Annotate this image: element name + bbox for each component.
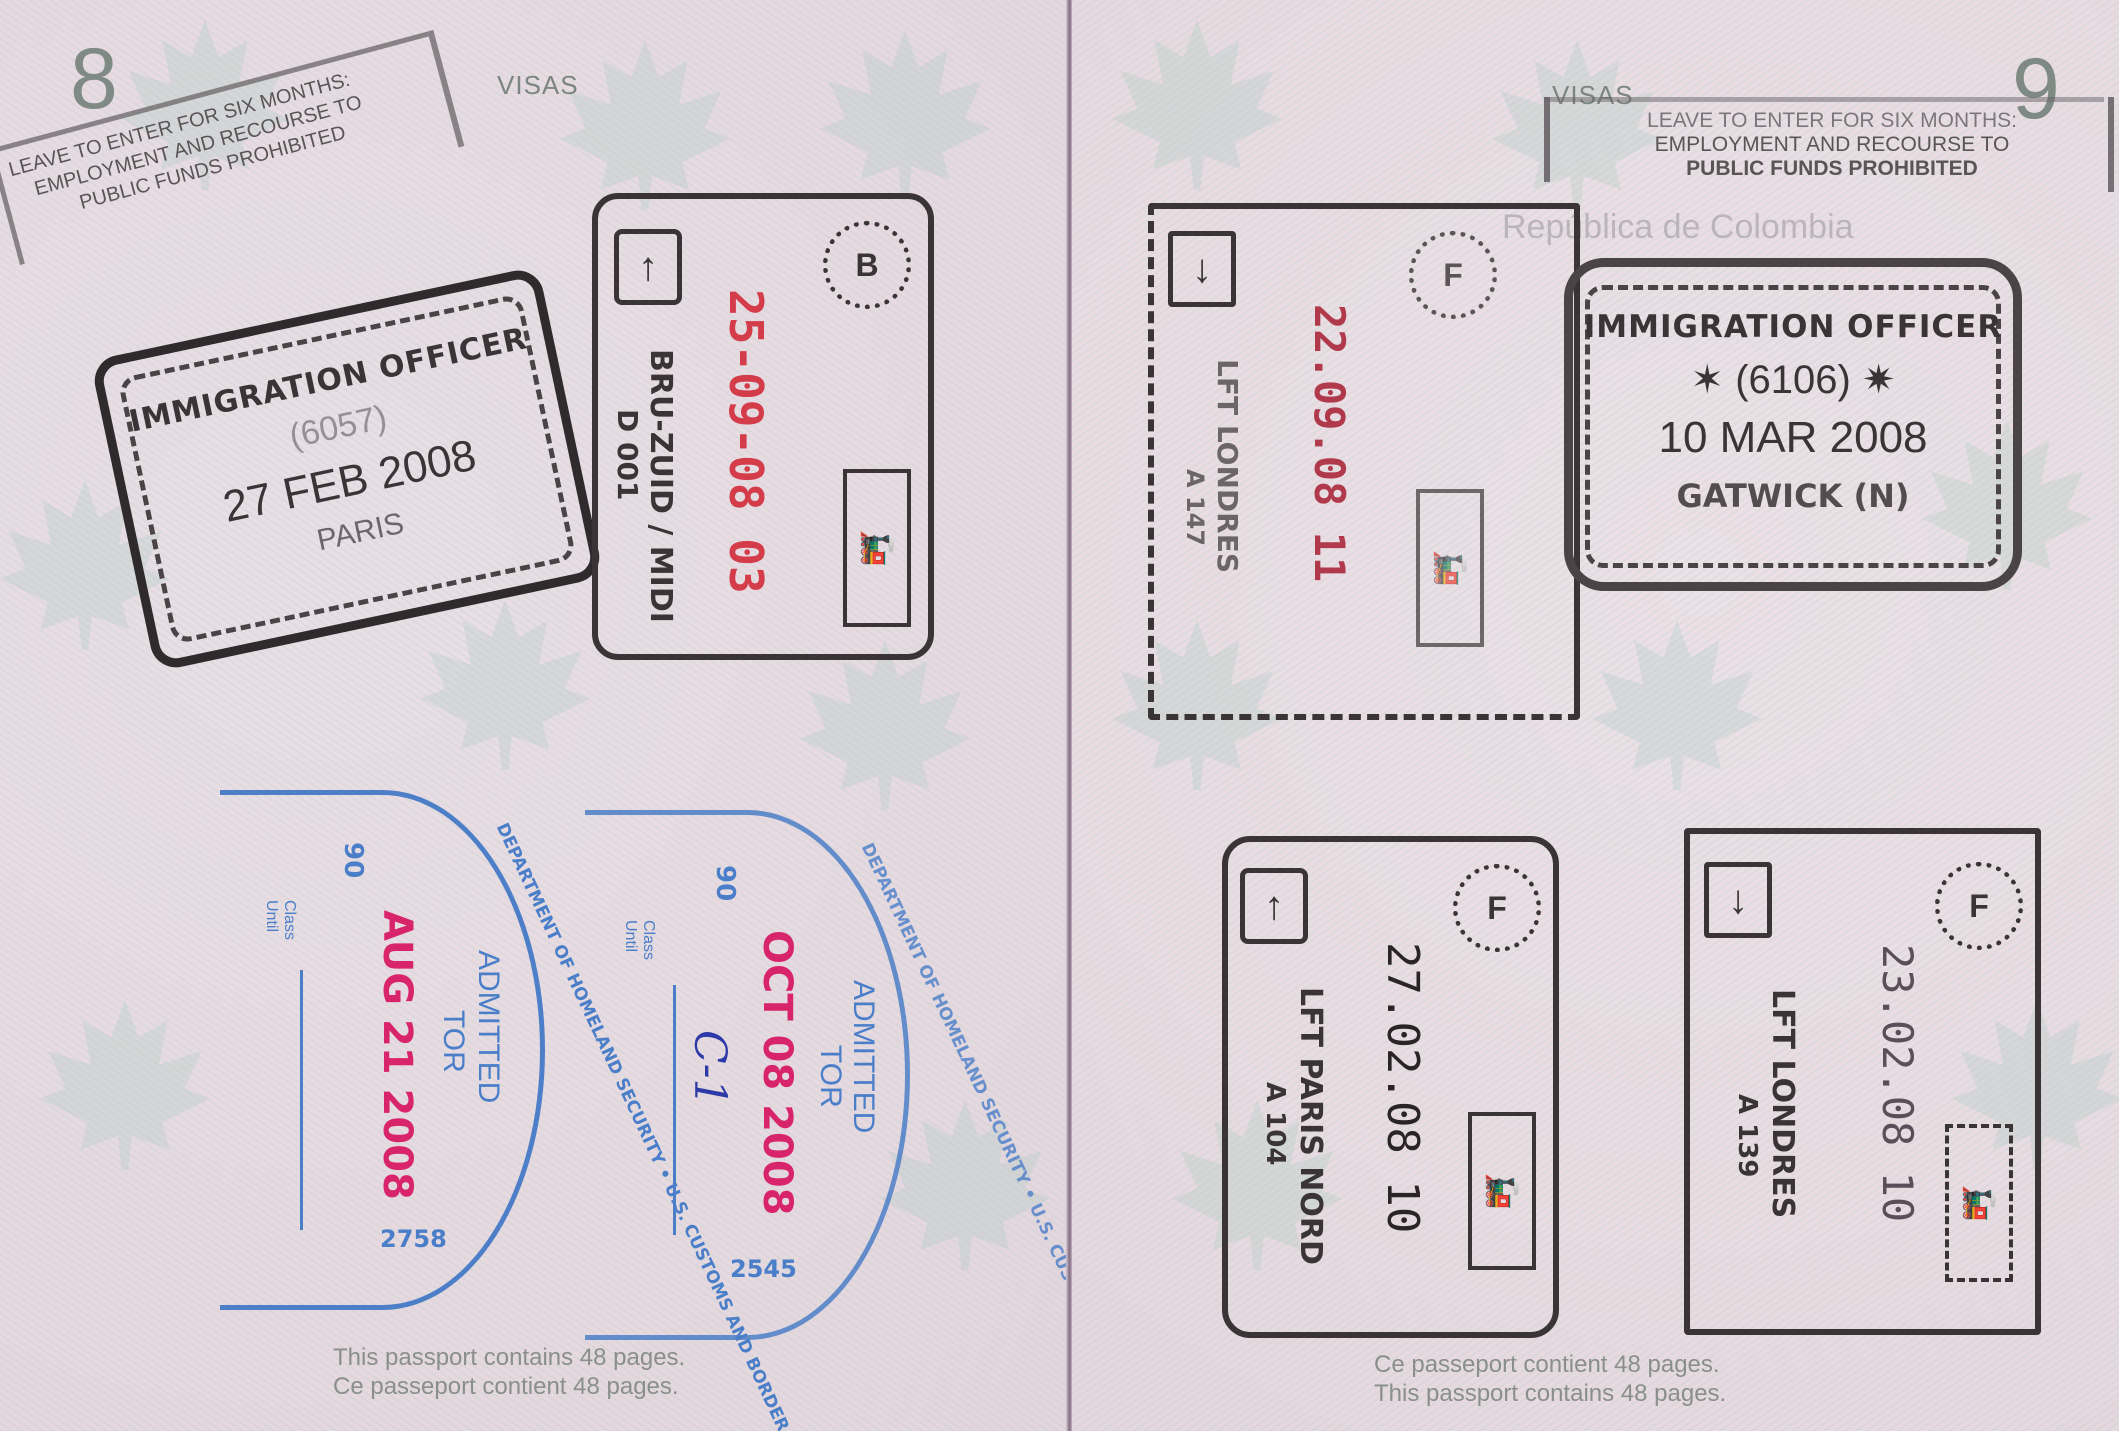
train-icon: 🚂 xyxy=(843,469,911,627)
stamp-port: TOR xyxy=(813,1045,847,1108)
belgium-exit-stamp: ↑ B 🚂 BRU-ZUID / MIDI D 001 25-09-08 03 xyxy=(592,193,934,660)
us-admitted-stamp-aug: DEPARTMENT OF HOMELAND SECURITY • U.S. C… xyxy=(220,790,550,1310)
stamp-status: ADMITTED xyxy=(471,950,505,1103)
train-icon: 🚂 xyxy=(1945,1124,2013,1282)
stamp-place: LFT PARIS NORD xyxy=(1293,987,1328,1265)
france-entry-stamp-sep: ↓ F 🚂 LFT LONDRES A 147 22.09.08 11 xyxy=(1148,203,1580,720)
train-icon: 🚂 xyxy=(1468,1112,1536,1270)
stamp-line: PUBLIC FUNDS PROHIBITED xyxy=(1562,157,2102,181)
footer-line-en: This passport contains 48 pages. xyxy=(1374,1379,1726,1408)
stamp-place: BRU-ZUID / MIDI xyxy=(643,349,678,623)
footer-line-fr: Ce passeport contient 48 pages. xyxy=(333,1372,685,1401)
footer-line-fr: Ce passeport contient 48 pages. xyxy=(1374,1350,1726,1379)
stamp-place: GATWICK (N) xyxy=(1573,477,2013,515)
number-top: 90 xyxy=(710,865,740,901)
page-footer: Ce passeport contient 48 pages. This pas… xyxy=(1374,1350,1726,1408)
us-admitted-stamp-oct: DEPARTMENT OF HOMELAND SECURITY • U.S. C… xyxy=(585,810,915,1340)
uk-immigration-officer-gatwick-stamp: IMMIGRATION OFFICER ✶ (6106) ✷ 10 MAR 20… xyxy=(1564,258,2022,591)
entry-arrow-icon: ↓ xyxy=(1168,231,1236,307)
stamp-title: IMMIGRATION OFFICER xyxy=(1573,309,2013,345)
eu-country-f-icon: F xyxy=(1935,862,2023,950)
number-top: 90 xyxy=(338,842,368,878)
page-number: 8 xyxy=(70,30,118,129)
class-until-labels: ClassUntil xyxy=(262,900,298,940)
eu-country-b-icon: B xyxy=(823,221,911,309)
section-label: VISAS xyxy=(497,70,579,101)
maple-leaf-watermark xyxy=(420,600,590,770)
number-bottom: 2545 xyxy=(730,1255,797,1283)
stamp-date: 10 MAR 2008 xyxy=(1573,413,2013,463)
maple-leaf-watermark xyxy=(800,640,970,810)
stamp-code: A 147 xyxy=(1181,469,1209,546)
maple-leaf-watermark xyxy=(1592,620,1762,790)
france-exit-stamp-paris: ↑ F 🚂 LFT PARIS NORD A 104 27.02.08 10 xyxy=(1222,836,1559,1338)
stamp-code: D 001 xyxy=(611,409,644,500)
officer-line: ✶ (6106) ✷ xyxy=(1573,357,2013,403)
stamp-date: 23.02.08 10 xyxy=(1873,944,1922,1222)
stamp-status: ADMITTED xyxy=(846,980,880,1133)
eu-country-f-icon: F xyxy=(1409,231,1497,319)
exit-arrow-icon: ↑ xyxy=(614,229,682,305)
stamp-code: A 104 xyxy=(1260,1082,1290,1165)
stamp-line: EMPLOYMENT AND RECOURSE TO xyxy=(1562,133,2102,157)
class-until-labels: ClassUntil xyxy=(621,920,657,960)
footer-line-en: This passport contains 48 pages. xyxy=(333,1343,685,1372)
france-entry-stamp-feb: ↓ F 🚂 LFT LONDRES A 139 23.02.08 10 xyxy=(1684,828,2041,1335)
uk-immigration-officer-paris-stamp: IMMIGRATION OFFICER (6057) 27 FEB 2008 P… xyxy=(90,266,604,672)
stamp-date: AUG 21 2008 xyxy=(374,910,420,1200)
left-page: 8 VISAS LEAVE TO ENTER FOR SIX MONTHS: E… xyxy=(0,0,1070,1431)
train-icon: 🚂 xyxy=(1416,489,1484,647)
class-line xyxy=(673,985,676,1235)
stamp-date: 27.02.08 10 xyxy=(1377,942,1428,1233)
maple-leaf-watermark xyxy=(820,30,990,200)
maple-leaf-watermark xyxy=(40,1000,210,1170)
stamp-place: LFT LONDRES xyxy=(1765,989,1800,1218)
stamp-place: LFT LONDRES xyxy=(1211,359,1244,573)
handwritten-class: C-1 xyxy=(684,1030,735,1107)
exit-arrow-icon: ↑ xyxy=(1240,868,1308,944)
class-line xyxy=(300,970,303,1230)
entry-arrow-icon: ↓ xyxy=(1704,862,1772,938)
number-bottom: 2758 xyxy=(380,1225,447,1253)
stamp-date: OCT 08 2008 xyxy=(754,930,800,1216)
stamp-line: LEAVE TO ENTER FOR SIX MONTHS: xyxy=(1562,109,2102,133)
page-footer: This passport contains 48 pages. Ce pass… xyxy=(333,1343,685,1401)
maple-leaf-watermark xyxy=(1112,20,1282,190)
stamp-port: TOR xyxy=(436,1010,470,1073)
uk-leave-to-enter-stamp: LEAVE TO ENTER FOR SIX MONTHS: EMPLOYMEN… xyxy=(1544,97,2114,187)
maple-leaf-watermark xyxy=(560,40,730,210)
stamp-date: 25-09-08 03 xyxy=(719,289,773,594)
eu-country-f-icon: F xyxy=(1453,864,1541,952)
right-page: VISAS 9 LEAVE TO ENTER FOR SIX MONTHS: E… xyxy=(1072,0,2119,1431)
stamp-code: A 139 xyxy=(1732,1094,1762,1177)
stamp-date: 22.09.08 11 xyxy=(1305,304,1354,582)
